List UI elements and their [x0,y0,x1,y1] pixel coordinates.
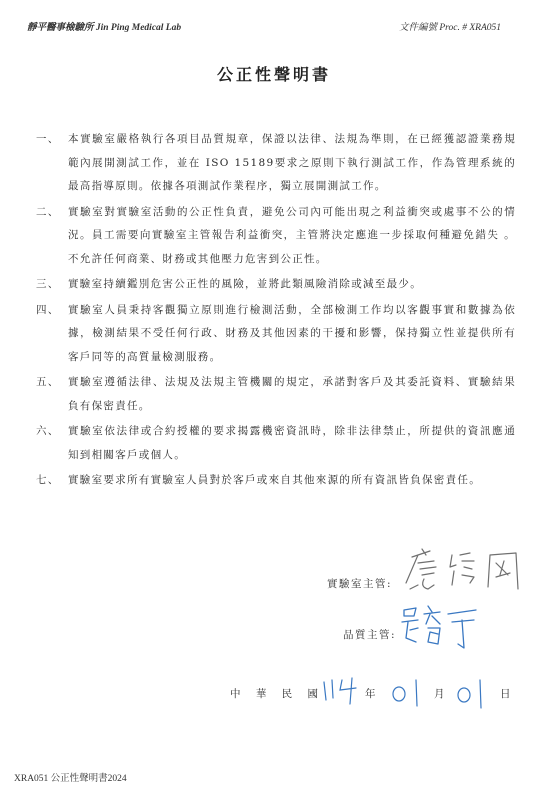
clause-7: 七、 實驗室要求所有實驗室人員對於客戶或來自其他來源的所有資訊皆負保密責任。 [36,469,516,493]
clause-6: 六、 實驗室依法律或合約授權的要求揭露機密資訊時，除非法律禁止，所提供的資訊應通… [36,420,516,467]
clause-text: 實驗室對實驗室活動的公正性負責，避免公司內可能出現之利益衝突或處事不公的情況。員… [68,201,516,272]
clause-text: 實驗室人員秉持客觀獨立原則進行檢測活動，全部檢測工作均以客觀事實和數據為依據，檢… [68,299,516,370]
clause-5: 五、 實驗室遵循法律、法規及法規主管機關的規定，承諾對客戶及其委託資料、實驗結果… [36,371,516,418]
header-organization: 靜平醫事檢驗所 Jin Ping Medical Lab [27,19,181,33]
date-era-label: 中 華 民 國 [230,686,324,701]
qa-supervisor-signature [398,604,488,654]
clause-4: 四、 實驗室人員秉持客觀獨立原則進行檢測活動，全部檢測工作均以客觀事實和數據為依… [36,299,516,370]
date-day-label: 日 [500,686,511,701]
clause-text: 本實驗室嚴格執行各項目品質規章，保證以法律、法規為準則，在已經獲認證業務規範內展… [68,128,516,199]
clause-text: 實驗室依法律或合約授權的要求揭露機密資訊時，除非法律禁止，所提供的資訊應通知到相… [68,420,516,467]
document-title: 公正性聲明書 [0,62,548,85]
clause-number: 三、 [36,273,68,297]
clause-text: 實驗室要求所有實驗室人員對於客戶或來自其他來源的所有資訊皆負保密責任。 [68,469,516,493]
clause-number: 二、 [36,201,68,225]
date-year-handwritten [320,676,362,706]
footer-document-id: XRA051 公正性聲明書2024 [14,770,127,784]
lab-director-signature-block: 實驗室主管: [327,572,392,591]
clause-number: 七、 [36,469,68,493]
qa-supervisor-signature-block: 品質主管: [343,623,396,642]
header-document-number: 文件編號 Proc. # XRA051 [399,19,501,33]
date-month-label: 月 [434,686,445,701]
clause-number: 一、 [36,128,68,152]
clause-3: 三、 實驗室持續鑑別危害公正性的風險，並將此類風險消除或減至最少。 [36,273,516,297]
clause-number: 六、 [36,420,68,444]
clause-number: 五、 [36,371,68,395]
date-day-handwritten [455,678,491,710]
clause-list: 一、 本實驗室嚴格執行各項目品質規章，保證以法律、法規為準則，在已經獲認證業務規… [36,128,516,493]
date-month-handwritten [390,678,426,708]
clause-number: 四、 [36,299,68,323]
qa-supervisor-label: 品質主管: [343,629,396,641]
clause-1: 一、 本實驗室嚴格執行各項目品質規章，保證以法律、法規為準則，在已經獲認證業務規… [36,128,516,199]
lab-director-label: 實驗室主管: [327,578,392,590]
date-year-label: 年 [365,686,376,701]
clause-text: 實驗室遵循法律、法規及法規主管機關的規定，承諾對客戶及其委託資料、實驗結果負有保… [68,371,516,418]
clause-text: 實驗室持續鑑別危害公正性的風險，並將此類風險消除或減至最少。 [68,273,516,297]
lab-director-signature [400,545,530,600]
clause-2: 二、 實驗室對實驗室活動的公正性負責，避免公司內可能出現之利益衝突或處事不公的情… [36,201,516,272]
